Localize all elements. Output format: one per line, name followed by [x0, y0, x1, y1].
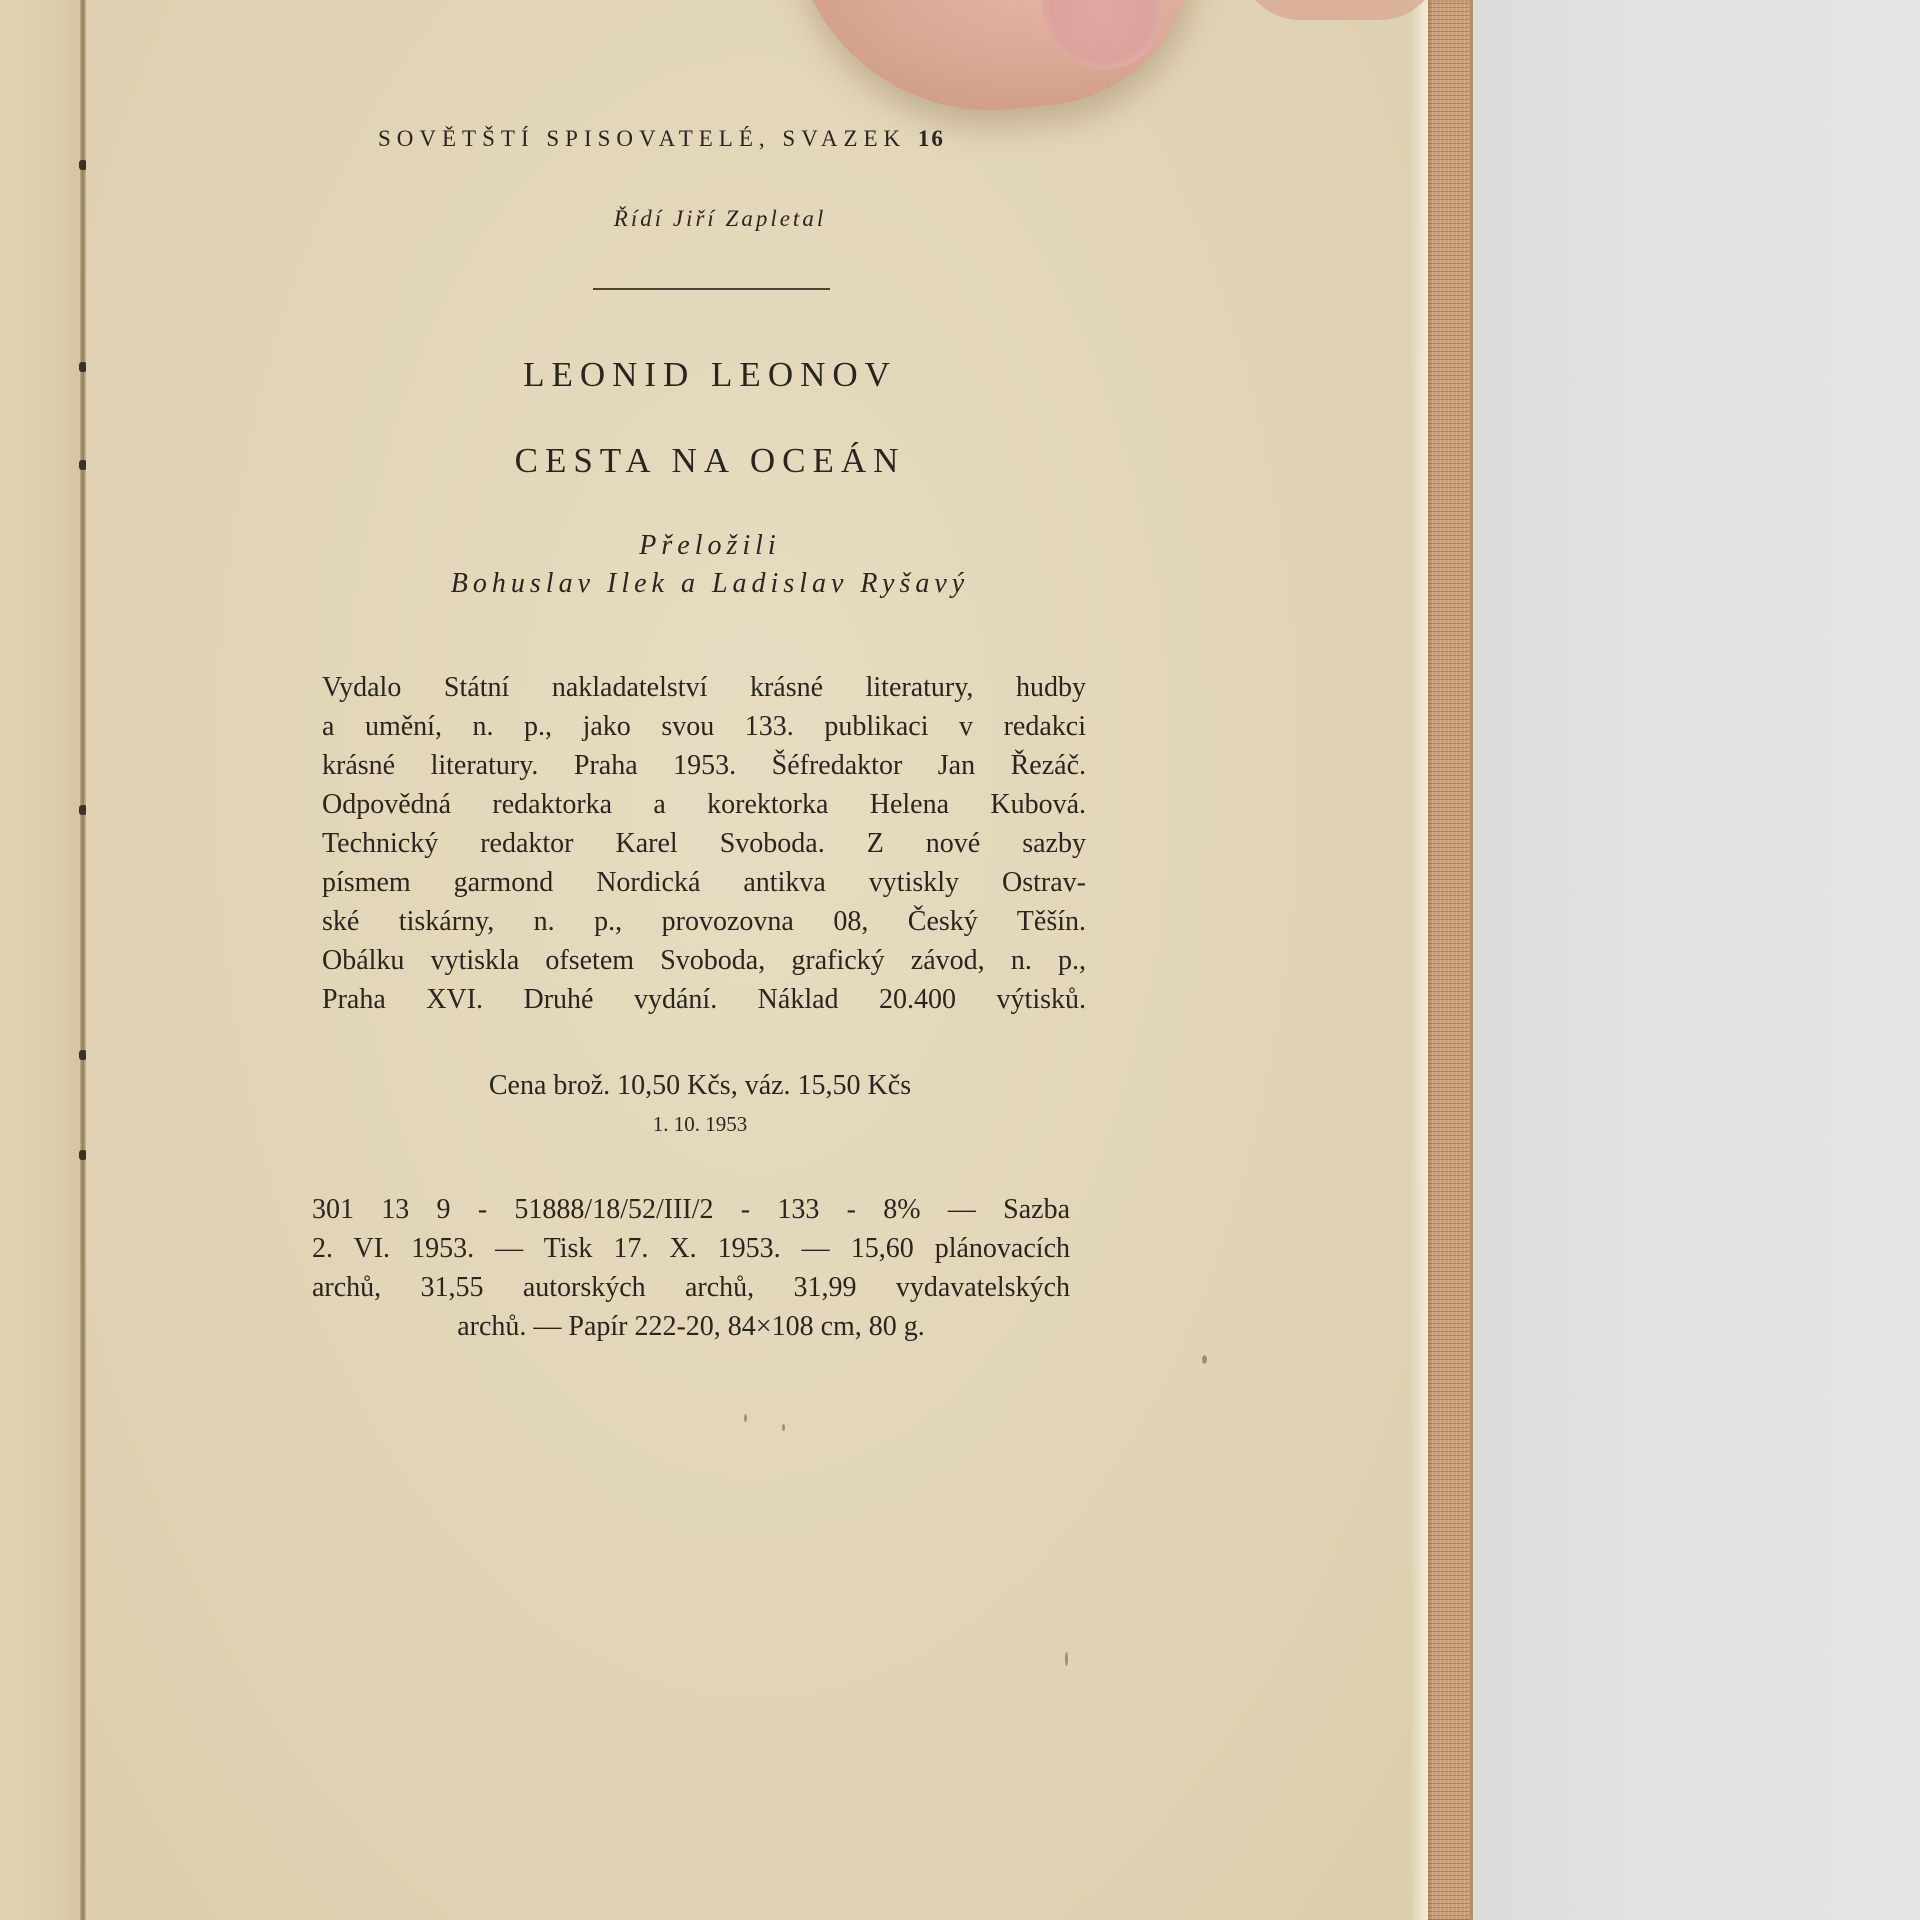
book-title: CESTA NA OCEÁN	[400, 441, 1020, 481]
paper-speck	[1065, 1652, 1068, 1666]
series-editor: Řídí Jiří Zapletal	[560, 206, 880, 232]
print-details: 301 13 9 - 51888/18/52/III/2 - 133 - 8% …	[312, 1190, 1070, 1346]
paper-speck	[744, 1414, 747, 1422]
publisher-colophon: Vydalo Státní nakladatelství krásné lite…	[322, 668, 1086, 1019]
translation-label: Přeložili	[400, 530, 1020, 562]
print-line: 301 13 9 - 51888/18/52/III/2 - 133 - 8% …	[312, 1190, 1070, 1229]
series-name: SOVĚTŠTÍ SPISOVATELÉ, SVAZEK	[378, 126, 906, 151]
publication-date: 1. 10. 1953	[560, 1112, 840, 1137]
colophon-line: ské tiskárny, n. p., provozovna 08, Česk…	[322, 902, 1086, 941]
left-page-edge	[0, 0, 84, 1920]
colophon-line: a umění, n. p., jako svou 133. publikaci…	[322, 707, 1086, 746]
series-line: SOVĚTŠTÍ SPISOVATELÉ, SVAZEK 16	[378, 126, 1058, 152]
print-line: archů. — Papír 222-20, 84×108 cm, 80 g.	[312, 1307, 1070, 1346]
colophon-line: písmem garmond Nordická antikva vytiskly…	[322, 863, 1086, 902]
colophon-line: Vydalo Státní nakladatelství krásné lite…	[322, 668, 1086, 707]
book-photo: SOVĚTŠTÍ SPISOVATELÉ, SVAZEK 16 Řídí Jiř…	[0, 0, 1920, 1920]
price-line: Cena brož. 10,50 Kčs, váz. 15,50 Kčs	[380, 1070, 1020, 1102]
paper-speck	[782, 1424, 785, 1431]
colophon-line: Technický redaktor Karel Svoboda. Z nové…	[322, 824, 1086, 863]
series-volume: 16	[918, 126, 945, 151]
book-cloth-spine	[1428, 0, 1473, 1920]
page-fore-edge	[1410, 0, 1428, 1920]
separator-rule	[593, 288, 830, 290]
paper-speck	[1202, 1355, 1207, 1364]
translator-names: Bohuslav Ilek a Ladislav Ryšavý	[330, 568, 1090, 600]
colophon-line: Odpovědná redaktorka a korektorka Helena…	[322, 785, 1086, 824]
colophon-line: Obálku vytiskla ofsetem Svoboda, grafick…	[322, 941, 1086, 980]
author-name: LEONID LEONOV	[400, 355, 1020, 395]
print-line: archů, 31,55 autorských archů, 31,99 vyd…	[312, 1268, 1070, 1307]
print-line: 2. VI. 1953. — Tisk 17. X. 1953. — 15,60…	[312, 1229, 1070, 1268]
background-surface	[1470, 0, 1920, 1920]
colophon-line: krásné literatury. Praha 1953. Šéfredakt…	[322, 746, 1086, 785]
colophon-line: Praha XVI. Druhé vydání. Náklad 20.400 v…	[322, 980, 1086, 1019]
